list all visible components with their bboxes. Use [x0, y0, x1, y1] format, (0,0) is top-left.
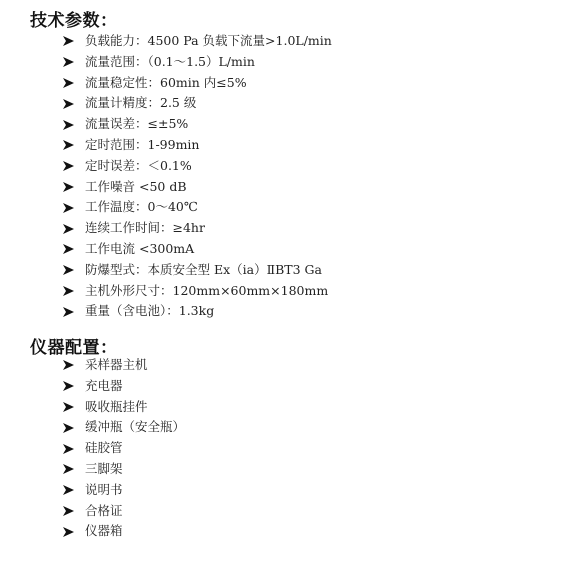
list-item: 负载能力：4500 Pa 负载下流量>1.0L/min [63, 31, 332, 52]
list-item: 三脚架 [63, 459, 185, 480]
arrowhead-bullet-icon [63, 423, 85, 433]
list-item: 定时误差：＜0.1% [63, 156, 332, 177]
list-item: 说明书 [63, 480, 185, 501]
list-item: 采样器主机 [63, 355, 185, 376]
list-item: 防爆型式：本质安全型 Ex（ia）ⅡBT3 Ga [63, 260, 332, 281]
list-item: 充电器 [63, 376, 185, 397]
arrowhead-bullet-icon [63, 527, 85, 537]
list-item: 合格证 [63, 501, 185, 522]
arrowhead-bullet-icon [63, 99, 85, 109]
list-item: 连续工作时间：≥4hr [63, 218, 332, 239]
list-item: 仪器箱 [63, 521, 185, 542]
arrowhead-bullet-icon [63, 286, 85, 296]
arrowhead-bullet-icon [63, 161, 85, 171]
arrowhead-bullet-icon [63, 265, 85, 275]
arrowhead-bullet-icon [63, 360, 85, 370]
tech-params-list: 负载能力：4500 Pa 负载下流量>1.0L/min 流量范围：（0.1～1.… [63, 31, 332, 322]
arrowhead-bullet-icon [63, 506, 85, 516]
arrowhead-bullet-icon [63, 224, 85, 234]
list-item: 硅胶管 [63, 438, 185, 459]
list-item: 定时范围：1-99min [63, 135, 332, 156]
section-tech-params-heading: 技术参数： [30, 6, 118, 31]
list-item: 缓冲瓶（安全瓶） [63, 417, 185, 438]
arrowhead-bullet-icon [63, 140, 85, 150]
arrowhead-bullet-icon [63, 36, 85, 46]
arrowhead-bullet-icon [63, 464, 85, 474]
list-item: 重量（含电池）：1.3kg [63, 301, 332, 322]
list-item: 工作电流 <300mA [63, 239, 332, 260]
arrowhead-bullet-icon [63, 485, 85, 495]
list-item: 流量计精度：2.5 级 [63, 93, 332, 114]
arrowhead-bullet-icon [63, 57, 85, 67]
arrowhead-bullet-icon [63, 78, 85, 88]
arrowhead-bullet-icon [63, 402, 85, 412]
arrowhead-bullet-icon [63, 244, 85, 254]
list-item: 流量稳定性：60min 内≤5% [63, 73, 332, 94]
list-item: 工作温度：0～40℃ [63, 197, 332, 218]
list-item: 吸收瓶挂件 [63, 397, 185, 418]
list-item: 工作噪音 <50 dB [63, 177, 332, 198]
list-item: 主机外形尺寸：120mm×60mm×180mm [63, 281, 332, 302]
arrowhead-bullet-icon [63, 182, 85, 192]
arrowhead-bullet-icon [63, 120, 85, 130]
list-item: 流量误差：≤±5% [63, 114, 332, 135]
arrowhead-bullet-icon [63, 203, 85, 213]
instrument-config-list: 采样器主机 充电器 吸收瓶挂件 缓冲瓶（安全瓶） 硅胶管 三脚架 说明书 合格证… [63, 355, 185, 542]
arrowhead-bullet-icon [63, 381, 85, 391]
arrowhead-bullet-icon [63, 307, 85, 317]
list-item: 流量范围：（0.1～1.5）L/min [63, 52, 332, 73]
arrowhead-bullet-icon [63, 444, 85, 454]
